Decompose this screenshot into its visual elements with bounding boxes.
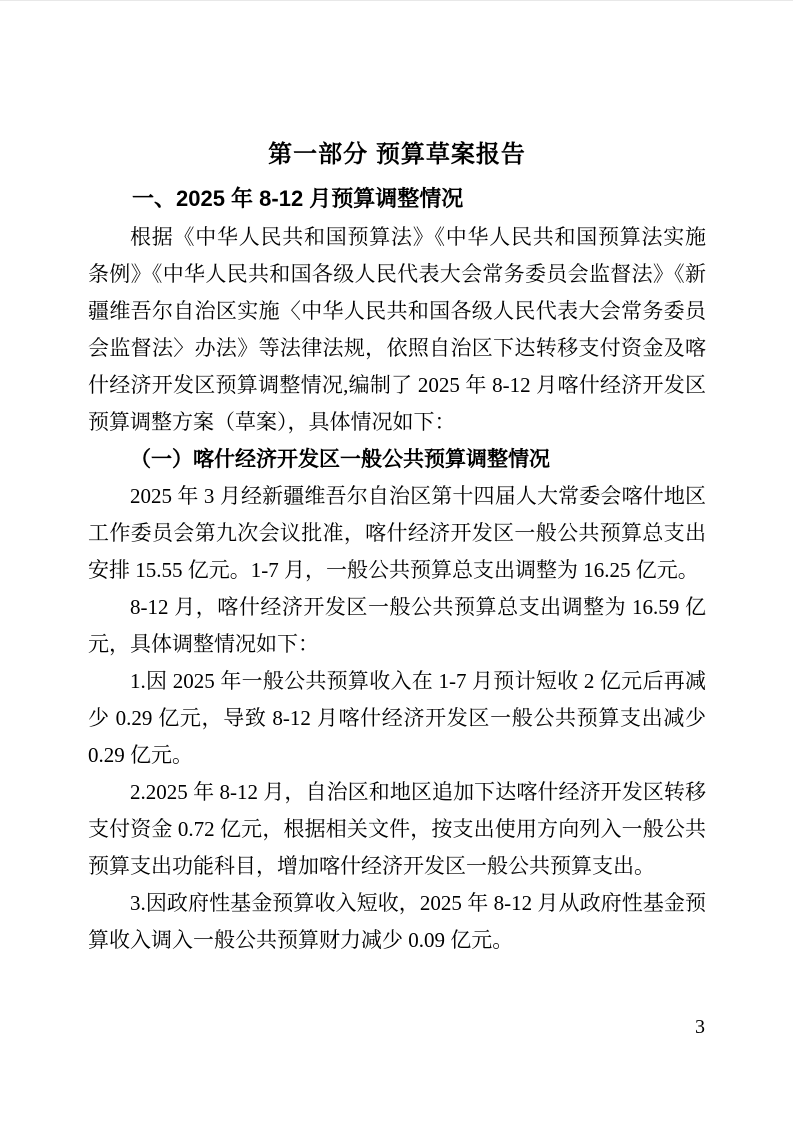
body-paragraph: 根据《中华人民共和国预算法》《中华人民共和国预算法实施条例》《中华人民共和国各级…	[88, 219, 706, 441]
body-paragraph: 2025 年 3 月经新疆维吾尔自治区第十四届人大常委会喀什地区工作委员会第九次…	[88, 478, 706, 589]
document-content: 第一部分 预算草案报告 一、2025 年 8-12 月预算调整情况 根据《中华人…	[88, 137, 706, 959]
document-page: 第一部分 预算草案报告 一、2025 年 8-12 月预算调整情况 根据《中华人…	[0, 0, 793, 1122]
body-paragraph: 3.因政府性基金预算收入短收，2025 年 8-12 月从政府性基金预算收入调入…	[88, 885, 706, 959]
body-paragraph: 2.2025 年 8-12 月，自治区和地区追加下达喀什经济开发区转移支付资金 …	[88, 774, 706, 885]
section-heading-1: 一、2025 年 8-12 月预算调整情况	[88, 179, 706, 219]
subsection-heading: （一）喀什经济开发区一般公共预算调整情况	[88, 441, 706, 478]
body-paragraph: 1.因 2025 年一般公共预算收入在 1-7 月预计短收 2 亿元后再减少 0…	[88, 663, 706, 774]
page-number: 3	[695, 1013, 705, 1041]
page-title: 第一部分 预算草案报告	[88, 137, 706, 173]
body-paragraph: 8-12 月，喀什经济开发区一般公共预算总支出调整为 16.59 亿元，具体调整…	[88, 589, 706, 663]
